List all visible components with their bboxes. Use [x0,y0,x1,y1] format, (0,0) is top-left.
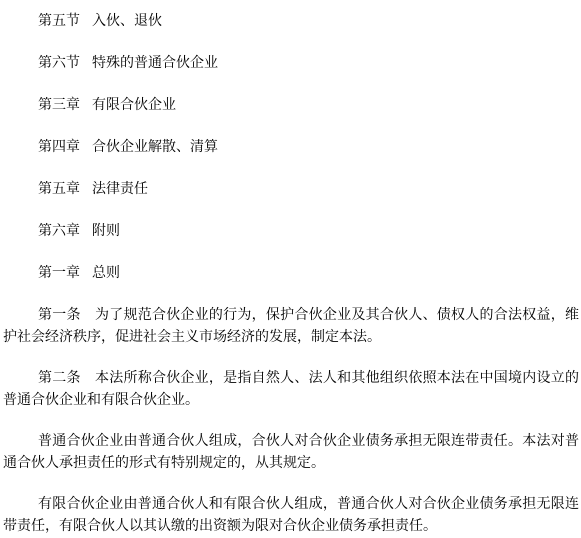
toc-item-title: 合伙企业解散、清算 [92,138,218,154]
toc-item-title: 附则 [92,222,120,238]
table-of-contents: 第五节入伙、退伙 第六节特殊的普通合伙企业 第三章有限合伙企业 第四章合伙企业解… [3,9,579,283]
toc-item-chapter-4: 第四章合伙企业解散、清算 [38,135,579,157]
toc-item-number: 第五节 [38,9,80,31]
paragraph-general-partnership: 普通合伙企业由普通合伙人组成，合伙人对合伙企业债务承担无限连带责任。本法对普通合… [3,429,579,473]
toc-item-chapter-3: 第三章有限合伙企业 [38,93,579,115]
document-page: 第五节入伙、退伙 第六节特殊的普通合伙企业 第三章有限合伙企业 第四章合伙企业解… [0,0,581,538]
toc-item-chapter-1: 第一章总则 [38,261,579,283]
toc-item-number: 第六节 [38,51,80,73]
toc-item-title: 法律责任 [92,180,148,196]
toc-item-number: 第四章 [38,135,80,157]
toc-item-section-5: 第五节入伙、退伙 [38,9,579,31]
paragraph-limited-partnership: 有限合伙企业由普通合伙人和有限合伙人组成，普通合伙人对合伙企业债务承担无限连带责… [3,492,579,536]
paragraph-article-1: 第一条 为了规范合伙企业的行为，保护合伙企业及其合伙人、债权人的合法权益，维护社… [3,303,579,347]
toc-item-number: 第五章 [38,177,80,199]
toc-item-number: 第三章 [38,93,80,115]
toc-item-chapter-5: 第五章法律责任 [38,177,579,199]
paragraph-article-2: 第二条 本法所称合伙企业，是指自然人、法人和其他组织依照本法在中国境内设立的普通… [3,366,579,410]
toc-item-title: 特殊的普通合伙企业 [92,54,218,70]
toc-item-title: 总则 [92,264,120,280]
toc-item-title: 入伙、退伙 [92,12,162,28]
toc-item-section-6: 第六节特殊的普通合伙企业 [38,51,579,73]
toc-item-number: 第一章 [38,261,80,283]
toc-item-chapter-6: 第六章附则 [38,219,579,241]
toc-item-title: 有限合伙企业 [92,96,176,112]
toc-item-number: 第六章 [38,219,80,241]
